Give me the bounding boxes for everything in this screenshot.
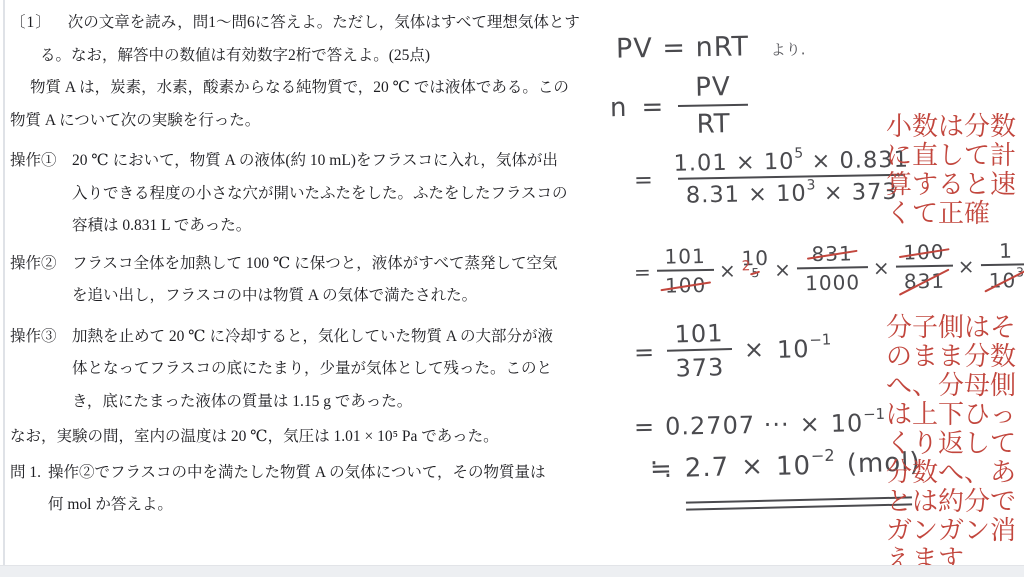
operation-1-line-3: 容積は 0.831 L であった。 — [72, 210, 612, 243]
note-line: 分子側はそ — [886, 314, 1024, 343]
question-1: 問 1. 操作②でフラスコの中を満たした物質 A の気体について，その物質量は … — [10, 457, 612, 522]
fraction-substitution: 1.01 × 105 × 0.831 8.31 × 103 × 373 — [665, 146, 917, 211]
margin-note-numerator-denominator-tip: 分子側はそ のまま分数 へ、分母側 は上下ひっ くり返して 分数へ、あ とは約分… — [886, 314, 1024, 575]
operation-3-line-1: 加熱を止めて 20 ℃ に冷却すると，気化していた物質 A の大部分が液 — [72, 321, 612, 354]
note-line: は上下ひっ — [886, 401, 1024, 430]
numerator: PV — [681, 71, 745, 105]
note-line: くり返して — [886, 430, 1024, 459]
question-number: 〔1〕 — [10, 14, 52, 31]
hw-fraction-expansion: = 101 100 × 1025 × 831 1000 × 100 831 × … — [634, 237, 1024, 300]
approx-equals-sign: ≒ — [650, 454, 674, 485]
numerator: 101 — [666, 318, 732, 350]
power-of-ten: 10−2 — [776, 449, 836, 482]
question-1-label: 問 1. — [10, 457, 41, 490]
hw-equals: = — [641, 92, 664, 122]
power-of-ten: 10−1 — [777, 333, 832, 363]
problem-text: 〔1〕次の文章を読み，問1～問6に答えよ。ただし，気体はすべて理想気体とす る。… — [10, 7, 612, 522]
hw-equals: = — [634, 338, 656, 367]
times-sign: × — [741, 451, 765, 482]
exponent: 3 — [1016, 264, 1024, 279]
fraction-101-373: 101 373 — [666, 318, 732, 384]
denominator: 103 — [981, 263, 1024, 294]
den-part: 8.31 × 10 — [686, 181, 807, 209]
times-sign: × — [799, 409, 821, 437]
numerator: 100 — [895, 240, 953, 266]
corrected-exponent: 2 — [742, 258, 751, 274]
base: 10 — [830, 409, 863, 438]
fraction-831-1000: 831 1000 — [796, 241, 868, 296]
denominator: 1000 — [797, 266, 868, 296]
note-line: へ、分母側 — [886, 372, 1024, 401]
operation-2: 操作② フラスコ全体を加熱して 100 ℃ に保つと，液体がすべて蒸発して空気 … — [10, 248, 612, 313]
question-1-line-2: 何 mol か答えよ。 — [48, 489, 612, 522]
note-line: のまま分数 — [886, 343, 1024, 372]
times-sign: × — [873, 256, 891, 280]
crossed-out-value: 103 — [989, 267, 1024, 293]
note-line: に直して計 — [886, 142, 1024, 171]
question-1-line-1: 操作②でフラスコの中を満たした物質 A の気体について，その物質量は — [48, 457, 612, 490]
note-line: ガンガン消 — [886, 517, 1024, 546]
operation-2-line-1: フラスコ全体を加熱して 100 ℃ に保つと，液体がすべて蒸発して空気 — [72, 248, 612, 281]
decimal-value: 0.2707 ··· — [665, 410, 790, 440]
intro-line-2: る。なお，解答中の数値は有効数字2桁で答えよ。(25点) — [10, 40, 612, 73]
power-of-ten-corrected: 1025 — [741, 246, 769, 295]
crossed-out-value: 831 — [811, 242, 853, 268]
base: 10 — [989, 268, 1017, 292]
times-sign: × — [744, 335, 766, 364]
answer-value: 2.7 — [684, 452, 729, 483]
base: 10 — [776, 451, 812, 482]
hw-equals: = — [634, 412, 656, 440]
numerator: 101 — [656, 244, 714, 270]
numerator: 1.01 × 105 × 0.831 — [665, 146, 917, 179]
denominator: 373 — [667, 348, 733, 384]
exponent: −2 — [811, 446, 835, 466]
numerator: 831 — [803, 242, 861, 268]
para-line-1: 物質 A は，炭素，水素，酸素からなる純物質で，20 ℃ では液体である。この — [10, 72, 612, 105]
denominator: RT — [678, 103, 749, 141]
note-line: 分数へ、あ — [886, 459, 1024, 488]
hw-pv: PV — [616, 33, 653, 65]
denominator: 8.31 × 103 × 373 — [678, 174, 906, 210]
times-sign: × — [958, 255, 976, 279]
para-line-2: 物質 A について次の実験を行った。 — [10, 105, 612, 138]
crossed-out-value: 831 — [904, 269, 946, 295]
conditions-note: なお，実験の間，室内の温度は 20 ℃，気圧は 1.01 × 10⁵ Pa であ… — [10, 421, 612, 454]
base: 10 — [777, 334, 810, 363]
hw-final-answer: ≒ 2.7 × 10−2 (mol) — [650, 446, 921, 485]
operation-3-line-2: 体となってフラスコの底にたまり，少量が気体として残った。このと — [72, 353, 612, 386]
operation-3-label: 操作③ — [10, 321, 57, 354]
hw-equals: = — [634, 167, 654, 193]
note-line: くて正確 — [886, 200, 1024, 229]
hw-decimal-result: = 0.2707 ··· × 10−1 — [634, 408, 886, 441]
exponent: 3 — [806, 177, 815, 193]
note-line: とは約分で — [886, 488, 1024, 517]
intro-line-1: 次の文章を読み，問1～問6に答えよ。ただし，気体はすべて理想気体とす — [68, 14, 580, 31]
hw-nrt: nRT — [695, 31, 749, 63]
crossed-out-value: 100 — [665, 273, 707, 299]
hw-n-equals-pv-over-rt: n = PV RT — [609, 71, 749, 142]
exam-page: 〔1〕次の文章を読み，問1～問6に答えよ。ただし，気体はすべて理想気体とす る。… — [0, 0, 1024, 577]
denominator: 100 — [657, 269, 715, 299]
hw-ideal-gas-law: PV = nRT より. — [616, 30, 806, 64]
operation-1-line-2: 入りできる程度の小さな穴が開いたふたをした。ふたをしたフラスコの — [72, 178, 612, 211]
operation-3: 操作③ 加熱を止めて 20 ℃ に冷却すると，気化していた物質 A の大部分が液… — [10, 321, 612, 419]
power-of-ten: 10−1 — [830, 408, 885, 438]
fraction-100-831: 100 831 — [895, 240, 953, 295]
hw-substituted-values: = 1.01 × 105 × 0.831 8.31 × 103 × 373 — [633, 146, 917, 211]
intro-line-1-row: 〔1〕次の文章を読み，問1～問6に答えよ。ただし，気体はすべて理想気体とす — [10, 7, 612, 40]
numerator: 1 — [991, 238, 1021, 264]
fraction-101-100: 101 100 — [656, 244, 714, 299]
exponent-group: 25 — [742, 265, 760, 281]
crossed-out-exponent: 5 — [751, 265, 759, 280]
denominator: 831 — [896, 265, 954, 295]
exponent: −1 — [863, 405, 885, 423]
exponent: −1 — [809, 330, 831, 349]
hw-n: n — [610, 92, 628, 122]
operation-3-line-3: き，底にたまった液体の質量は 1.15 g であった。 — [72, 386, 612, 419]
times-sign: × — [719, 259, 737, 283]
num-part: 1.01 × 10 — [673, 149, 794, 177]
crossed-out-value: 100 — [903, 240, 945, 266]
hw-yori: より. — [770, 40, 805, 59]
hw-simplified-fraction: = 101 373 × 10−1 — [633, 315, 832, 384]
fraction-pv-rt: PV RT — [678, 71, 749, 141]
hw-equals: = — [634, 260, 652, 284]
margin-note-decimals-to-fractions: 小数は分数 に直して計 算すると速 くて正確 — [886, 113, 1024, 229]
note-line: 算すると速 — [886, 171, 1024, 200]
operation-1-line-1: 20 ℃ において，物質 A の液体(約 10 mL)をフラスコに入れ，気体が出 — [72, 145, 612, 178]
page-edge — [3, 0, 5, 566]
fraction-1-10e3: 1 103 — [980, 238, 1024, 294]
times-sign: × — [774, 258, 792, 282]
operation-2-label: 操作② — [10, 248, 57, 281]
exponent: 5 — [794, 145, 803, 161]
operation-1-label: 操作① — [10, 145, 57, 178]
operation-2-line-2: を追い出し，フラスコの中は物質 A の気体で満たされた。 — [72, 280, 612, 313]
answer-double-underline — [686, 496, 912, 510]
hw-equals: = — [662, 32, 686, 63]
operation-1: 操作① 20 ℃ において，物質 A の液体(約 10 mL)をフラスコに入れ，… — [10, 145, 612, 243]
note-line: 小数は分数 — [886, 113, 1024, 142]
screenshot-bottom-edge — [0, 565, 1024, 577]
